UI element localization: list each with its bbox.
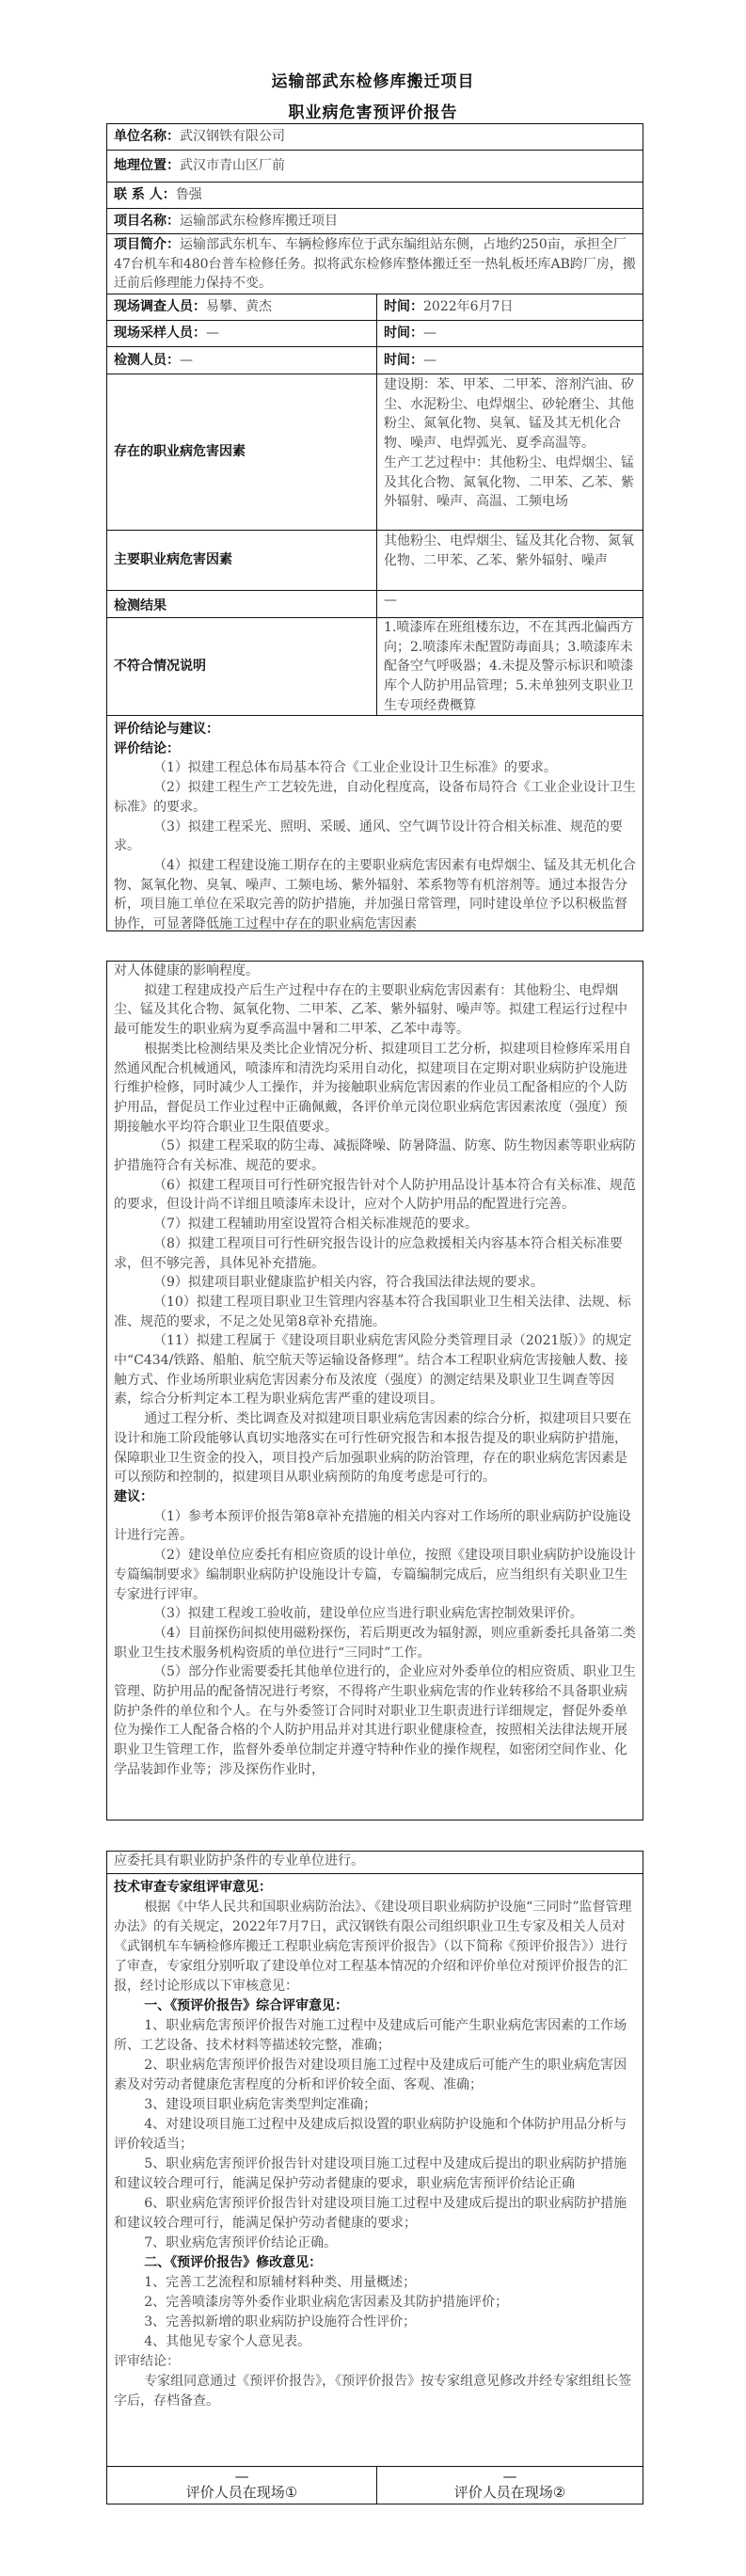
review-conclusion-label: 评审结论：: [114, 2352, 636, 2372]
review-section2-heading: 二、《预评价报告》修改意见：: [114, 2253, 636, 2273]
review-intro: 根据《中华人民共和国职业病防治法》、《建设项目职业病防护设施“三同时”监督管理办…: [114, 1898, 636, 1996]
review-section2-item-2: 2、完善喷漆房等外委作业职业病危害因素及其防护措施评价；: [114, 2293, 636, 2313]
review-section1-item-5: 5、职业病危害预评价报告针对建设项目施工过程中及建成后提出的职业病防护措施和建议…: [114, 2155, 636, 2194]
suggestions-heading: 建议：: [114, 1487, 636, 1507]
review-section1-heading: 一、《预评价报告》综合评审意见：: [114, 1996, 636, 2016]
testers-label: 检测人员：: [114, 351, 180, 371]
conclusion-item-6: （6）拟建工程项目可行性研究报告针对个人防护用品设计基本符合有关标准、规范的要求…: [114, 1176, 636, 1215]
noncompliance-label: 不符合情况说明: [114, 657, 206, 676]
existing-hazards-production: 生产工艺过程中：其他粉尘、电焊烟尘、锰及其化合物、氮氧化物、二甲苯、乙苯、紫外辐…: [384, 453, 636, 512]
review-section1-item-6: 6、职业病危害预评价报告针对建设项目施工过程中及建成后提出的职业病防护措施和建议…: [114, 2194, 636, 2234]
row-main-hazards: 主要职业病危害因素 其他粉尘、电焊烟尘、锰及其化合物、氮氧化物、二甲苯、乙苯、紫…: [107, 531, 643, 591]
location-label: 地理位置：: [114, 156, 180, 176]
signature-2-dash: —: [384, 2471, 636, 2482]
report-title-line2: 职业病危害预评价报告: [0, 99, 746, 122]
conclusion-summary: 通过工程分析、类比调查及对拟建项目职业病危害因素的综合分析，拟建项目只要在设计和…: [114, 1409, 636, 1487]
investigators-value: 易攀、黄杰: [206, 297, 272, 317]
conclusion-item-4-cont: 对人体健康的影响程度。: [114, 962, 636, 981]
suggestion-4: （4）目前探伤间拟使用磁粉探伤，若后期更改为辐射源，则应重新委托具备第二类职业卫…: [114, 1624, 636, 1662]
detection-value: —: [384, 593, 397, 608]
review-section2-item-3: 3、完善拟新增的职业病防护设施符合性评价；: [114, 2313, 636, 2332]
noncompliance-value: 1.喷漆库在班组楼东边，不在其西北偏西方向；2.喷漆库未配置防毒面具；3.喷漆库…: [384, 620, 633, 713]
conclusion-item-7: （7）拟建工程辅助用室设置符合相关标准规范的要求。: [114, 1215, 636, 1234]
investigators-time: 2022年6月7日: [423, 297, 513, 317]
contact-value: 鲁强: [176, 185, 202, 205]
unit-value: 武汉钢铁有限公司: [180, 127, 285, 147]
signature-2-caption: 评价人员在现场②: [384, 2482, 636, 2503]
conclusion-item-11: （11）拟建工程属于《建设项目职业病危害风险分类管理目录（2021版）》的规定中…: [114, 1331, 636, 1409]
signature-1-dash: —: [114, 2471, 370, 2482]
conclusion-production-hazards: 拟建工程建成投产后生产过程中存在的主要职业病危害因素有：其他粉尘、电焊烟尘、锰及…: [114, 981, 636, 1040]
row-intro: 项目简介：运输部武东机车、车辆检修库位于武东编组站东侧，占地约250亩，承担全厂…: [107, 234, 643, 294]
row-samplers: 现场采样人员： — 时间： —: [107, 321, 643, 347]
main-hazards-label: 主要职业病危害因素: [114, 550, 232, 570]
review-conclusion-text: 专家组同意通过《预评价报告》，《预评价报告》按专家组意见修改并经专家组组长签字后…: [114, 2372, 636, 2411]
location-value: 武汉市青山区厂前: [180, 156, 285, 176]
existing-hazards-label: 存在的职业病危害因素: [114, 442, 246, 462]
review-section1-item-3: 3、建设项目职业病危害类型判定准确；: [114, 2095, 636, 2115]
row-project: 项目名称： 运输部武东检修库搬迁项目: [107, 209, 643, 234]
suggestion-3: （3）拟建工程竣工验收前，建设单位应当进行职业病危害控制效果评价。: [114, 1604, 636, 1624]
row-detection: 检测结果 —: [107, 591, 643, 618]
row-testers: 检测人员： — 时间： —: [107, 347, 643, 374]
row-contact: 联 系 人： 鲁强: [107, 183, 643, 209]
row-expert-review: 技术审查专家组评审意见： 根据《中华人民共和国职业病防治法》、《建设项目职业病防…: [107, 1874, 643, 2467]
conclusion-analogy-analysis: 根据类比检测结果及类比企业情况分析、拟建项目工艺分析，拟建项目检修库采用自然通风…: [114, 1040, 636, 1137]
existing-hazards-construction: 建设期：苯、甲苯、二甲苯、溶剂汽油、矽尘、水泥粉尘、电焊烟尘、砂轮磨尘、其他粉尘…: [384, 375, 636, 453]
review-section1-item-4: 4、对建设项目施工过程中及建成后拟设置的职业病防护设施和个体防护用品分析与评价较…: [114, 2115, 636, 2155]
row-suggestion-cont: 应委托具有职业防护条件的专业单位进行。: [107, 1852, 643, 1874]
row-investigators: 现场调查人员： 易攀、黄杰 时间： 2022年6月7日: [107, 294, 643, 321]
detection-label: 检测结果: [114, 598, 167, 613]
suggestion-5: （5）部分作业需要委托其他单位进行的，企业应对外委单位的相应资质、职业卫生管理、…: [114, 1662, 636, 1779]
conclusion-item-3: （3）拟建工程采光、照明、采暖、通风、空气调节设计符合相关标准、规范的要求。: [114, 818, 636, 856]
report-sheet-3: 应委托具有职业防护条件的专业单位进行。 技术审查专家组评审意见： 根据《中华人民…: [106, 1851, 643, 2504]
signature-box-1: — 评价人员在现场①: [107, 2467, 377, 2504]
conclusion-item-5: （5）拟建工程采取的防尘毒、减振降噪、防暑降温、防寒、防生物因素等职业病防护措施…: [114, 1137, 636, 1175]
review-heading: 技术审查专家组评审意见：: [114, 1878, 636, 1898]
row-noncompliance: 不符合情况说明 1.喷漆库在班组楼东边，不在其西北偏西方向；2.喷漆库未配置防毒…: [107, 618, 643, 716]
report-title-line1: 运输部武东检修库搬迁项目: [0, 68, 746, 91]
conclusion-subheading: 评价结论：: [114, 739, 636, 759]
conclusion-item-4: （4）拟建工程建设施工期存在的主要职业病危害因素有电焊烟尘、锰及其无机化合物、氮…: [114, 856, 636, 934]
review-section1-item-2: 2、职业病危害预评价报告对建设项目施工过程中及建成后可能产生的职业病危害因素及对…: [114, 2056, 636, 2095]
row-location: 地理位置： 武汉市青山区厂前: [107, 151, 643, 183]
main-hazards-value: 其他粉尘、电焊烟尘、锰及其化合物、氮氧化物、二甲苯、乙苯、紫外辐射、噪声: [384, 533, 634, 568]
row-conclusion-part1: 评价结论与建议： 评价结论： （1）拟建工程总体布局基本符合《工业企业设计卫生标…: [107, 716, 643, 932]
suggestion-5-cont: 应委托具有职业防护条件的专业单位进行。: [114, 1853, 364, 1868]
row-signatures: — 评价人员在现场① — 评价人员在现场②: [107, 2467, 643, 2504]
samplers-value: —: [206, 324, 219, 343]
testers-time: —: [423, 351, 436, 371]
row-existing-hazards: 存在的职业病危害因素 建设期：苯、甲苯、二甲苯、溶剂汽油、矽尘、水泥粉尘、电焊烟…: [107, 374, 643, 531]
project-value: 运输部武东检修库搬迁项目: [180, 212, 338, 231]
conclusion-item-1: （1）拟建工程总体布局基本符合《工业企业设计卫生标准》的要求。: [114, 758, 636, 778]
review-section2-item-4: 4、其他见专家个人意见表。: [114, 2332, 636, 2352]
intro-label: 项目简介：: [114, 237, 180, 252]
samplers-time-label: 时间：: [384, 324, 423, 343]
contact-label: 联 系 人：: [114, 185, 176, 205]
suggestion-2: （2）建设单位应委托有相应资质的设计单位，按照《建设项目职业病防护设施设计专篇编…: [114, 1546, 636, 1604]
conclusion-item-2: （2）拟建工程生产工艺较先进，自动化程度高，设备布局符合《工业企业设计卫生标准》…: [114, 778, 636, 817]
report-sheet-2: 对人体健康的影响程度。 拟建工程建成投产后生产过程中存在的主要职业病危害因素有：…: [106, 961, 643, 1821]
investigators-time-label: 时间：: [384, 297, 423, 317]
conclusion-item-9: （9）拟建项目职业健康监护相关内容，符合我国法律法规的要求。: [114, 1273, 636, 1293]
testers-value: —: [180, 351, 193, 371]
review-section1-item-1: 1、职业病危害预评价报告对施工过程中及建成后可能产生职业病危害因素的工作场所、工…: [114, 2016, 636, 2056]
conclusion-item-8: （8）拟建工程项目可行性研究报告设计的应急救援相关内容基本符合相关标准要求，但不…: [114, 1234, 636, 1273]
conclusion-heading: 评价结论与建议：: [114, 720, 636, 739]
unit-label: 单位名称：: [114, 127, 180, 147]
samplers-label: 现场采样人员：: [114, 324, 206, 343]
investigators-label: 现场调查人员：: [114, 297, 206, 317]
row-unit: 单位名称： 武汉钢铁有限公司: [107, 124, 643, 151]
review-section2-item-1: 1、完善工艺流程和原辅材料种类、用量概述；: [114, 2273, 636, 2293]
signature-1-caption: 评价人员在现场①: [114, 2482, 370, 2503]
intro-value: 运输部武东机车、车辆检修库位于武东编组站东侧，占地约250亩，承担全厂47台机车…: [114, 237, 636, 291]
report-sheet-1: 单位名称： 武汉钢铁有限公司 地理位置： 武汉市青山区厂前 联 系 人： 鲁强 …: [106, 123, 643, 931]
samplers-time: —: [423, 324, 436, 343]
project-label: 项目名称：: [114, 212, 180, 231]
review-section1-item-7: 7、职业病危害预评价结论正确。: [114, 2234, 636, 2253]
signature-box-2: — 评价人员在现场②: [377, 2467, 643, 2504]
testers-time-label: 时间：: [384, 351, 423, 371]
suggestion-1: （1）参考本预评价报告第8章补充措施的相关内容对工作场所的职业病防护设施设计进行…: [114, 1507, 636, 1546]
conclusion-item-10: （10）拟建工程项目职业卫生管理内容基本符合我国职业卫生相关法律、法规、标准、规…: [114, 1293, 636, 1331]
